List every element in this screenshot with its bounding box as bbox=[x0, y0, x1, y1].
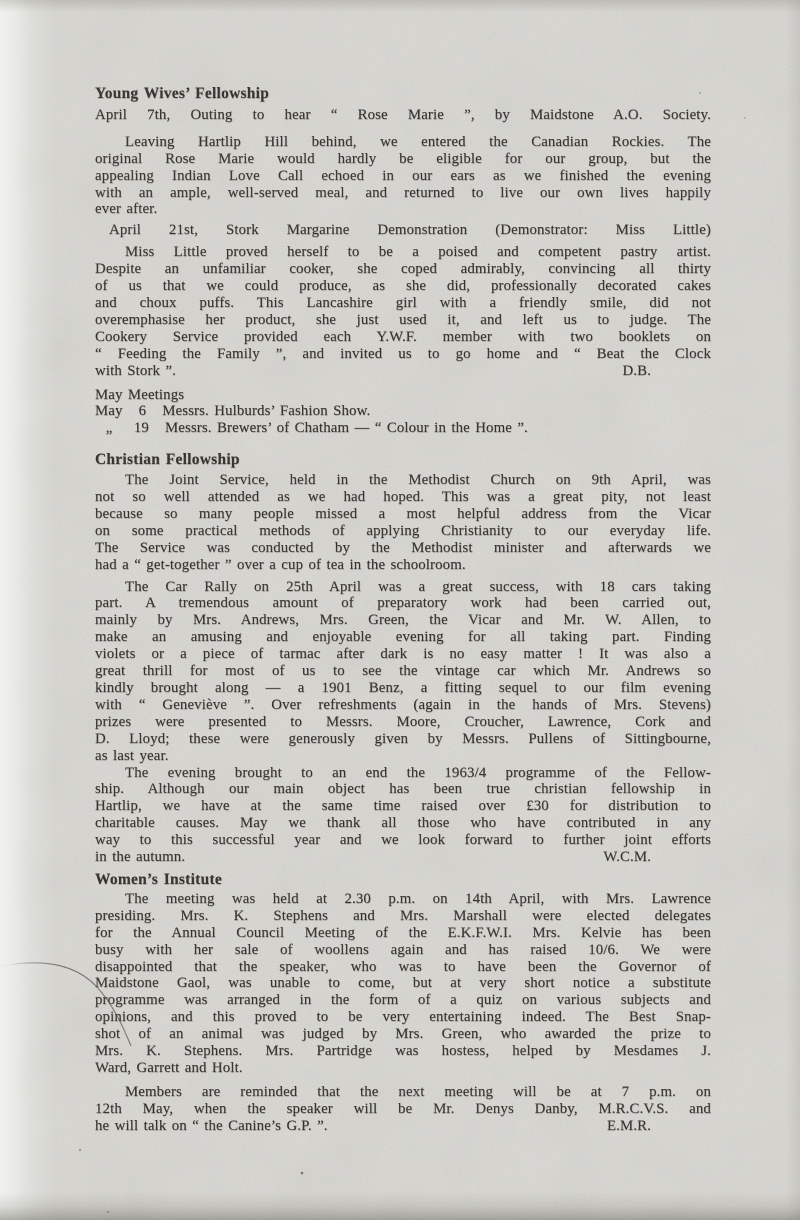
section-heading: Women’s Institute bbox=[95, 872, 711, 889]
text-line: D. Lloyd; these were generously given by… bbox=[95, 731, 711, 748]
text-line: disappointed that the speaker, who was t… bbox=[95, 959, 711, 976]
author-initials: D.B. bbox=[622, 363, 651, 380]
text-line: on some practical methods of applying Ch… bbox=[95, 523, 711, 540]
scan-speck bbox=[744, 117, 746, 119]
scanned-page: Young Wives’ FellowshipApril 7th, Outing… bbox=[0, 0, 800, 1220]
text-line: May 6 Messrs. Hulburds’ Fashion Show. bbox=[95, 403, 711, 420]
text-line: The Joint Service, held in the Methodist… bbox=[95, 472, 711, 489]
page-content: Young Wives’ FellowshipApril 7th, Outing… bbox=[95, 86, 711, 1135]
paragraph: The Car Rally on 25th April was a great … bbox=[95, 579, 711, 765]
text-line: Miss Little proved herself to be a poise… bbox=[95, 244, 711, 261]
text-line: he will talk on “ the Canine’s G.P. ”.E.… bbox=[95, 1118, 711, 1135]
paragraph: Leaving Hartlip Hill behind, we entered … bbox=[95, 134, 711, 219]
text-line: ship. Although our main object has been … bbox=[95, 781, 711, 798]
text-line: presiding. Mrs. K. Stephens and Mrs. Mar… bbox=[95, 908, 711, 925]
meeting-list: May MeetingsMay 6 Messrs. Hulburds’ Fash… bbox=[95, 387, 711, 438]
text-line: and choux puffs. This Lancashire girl wi… bbox=[95, 295, 711, 312]
text-line: great thrill for most of us to see the v… bbox=[95, 663, 711, 680]
text-line: Mrs. K. Stephens. Mrs. Partridge was hos… bbox=[95, 1043, 711, 1060]
text-line: not so well attended as we had hoped. Th… bbox=[95, 489, 711, 506]
text-line: had a “ get-together ” over a cup of tea… bbox=[95, 557, 711, 574]
text-line: Despite an unfamiliar cooker, she coped … bbox=[95, 261, 711, 278]
text-line: mainly by Mrs. Andrews, Mrs. Green, the … bbox=[95, 612, 711, 629]
text-line: for the Annual Council Meeting of the E.… bbox=[95, 925, 711, 942]
text-line: April 7th, Outing to hear “ Rose Marie ”… bbox=[95, 107, 711, 124]
text-line: Members are reminded that the next meeti… bbox=[95, 1084, 711, 1101]
text-line: Hartlip, we have at the same time raised… bbox=[95, 798, 711, 815]
text-line: Maidstone Gaol, was unable to come, but … bbox=[95, 975, 711, 992]
text-line: make an amusing and enjoyable evening fo… bbox=[95, 629, 711, 646]
paragraph: April 21st, Stork Margarine Demonstratio… bbox=[95, 222, 711, 239]
text-line: with Stork ”.D.B. bbox=[95, 363, 711, 380]
text-line: prizes were presented to Messrs. Moore, … bbox=[95, 714, 711, 731]
author-initials: W.C.M. bbox=[603, 849, 651, 866]
text-line: kindly brought along — a 1901 Benz, a fi… bbox=[95, 680, 711, 697]
text-line: ever after. bbox=[95, 201, 711, 218]
section-heading: Christian Fellowship bbox=[95, 452, 711, 469]
text-line: Cookery Service provided each Y.W.F. mem… bbox=[95, 329, 711, 346]
text-line: Leaving Hartlip Hill behind, we entered … bbox=[95, 134, 711, 151]
text-line: shot of an animal was judged by Mrs. Gre… bbox=[95, 1026, 711, 1043]
text-line: appealing Indian Love Call echoed in our… bbox=[95, 168, 711, 185]
page-edge-top-shadow bbox=[0, 0, 800, 12]
text-line: because so many people missed a most hel… bbox=[95, 506, 711, 523]
text-line: with an ample, well-served meal, and ret… bbox=[95, 185, 711, 202]
text-line: as last year. bbox=[95, 748, 711, 765]
text-line: Ward, Garrett and Holt. bbox=[95, 1060, 711, 1077]
text-line: with Stork ”. bbox=[95, 363, 176, 380]
paragraph: Miss Little proved herself to be a poise… bbox=[95, 244, 711, 379]
text-line: The evening brought to an end the 1963/4… bbox=[95, 765, 711, 782]
text-line: way to this successful year and we look … bbox=[95, 832, 711, 849]
section-heading: Young Wives’ Fellowship bbox=[95, 86, 711, 103]
text-line: programme was arranged in the form of a … bbox=[95, 992, 711, 1009]
paragraph: April 7th, Outing to hear “ Rose Marie ”… bbox=[95, 107, 711, 124]
text-line: May Meetings bbox=[95, 387, 711, 404]
page-edge-right-shadow bbox=[786, 0, 800, 1220]
text-line: overemphasise her product, she just used… bbox=[95, 312, 711, 329]
scan-speck bbox=[107, 1211, 109, 1213]
text-line: busy with her sale of woollens again and… bbox=[95, 942, 711, 959]
text-line: The Car Rally on 25th April was a great … bbox=[95, 579, 711, 596]
text-line: in the autumn.W.C.M. bbox=[95, 849, 711, 866]
text-line: with “ Geneviève ”. Over refreshments (a… bbox=[95, 697, 711, 714]
scan-speck bbox=[79, 1149, 81, 1151]
text-line: he will talk on “ the Canine’s G.P. ”. bbox=[95, 1118, 328, 1135]
text-line: original Rose Marie would hardly be elig… bbox=[95, 151, 711, 168]
text-line: opinions, and this proved to be very ent… bbox=[95, 1009, 711, 1026]
text-line: 12th May, when the speaker will be Mr. D… bbox=[95, 1101, 711, 1118]
text-line: violets or a piece of tarmac after dark … bbox=[95, 646, 711, 663]
text-line: of us that we could produce, as she did,… bbox=[95, 278, 711, 295]
scan-speck bbox=[301, 1172, 304, 1175]
paragraph: The evening brought to an end the 1963/4… bbox=[95, 765, 711, 866]
text-line: The meeting was held at 2.30 p.m. on 14t… bbox=[95, 891, 711, 908]
text-line: in the autumn. bbox=[95, 849, 185, 866]
text-line: April 21st, Stork Margarine Demonstratio… bbox=[95, 222, 711, 239]
text-line: „ 19 Messrs. Brewers’ of Chatham — “ Col… bbox=[95, 420, 711, 437]
text-line: part. A tremendous amount of preparatory… bbox=[95, 595, 711, 612]
page-edge-left-highlight bbox=[0, 0, 55, 1220]
text-line: The Service was conducted by the Methodi… bbox=[95, 540, 711, 557]
paragraph: The meeting was held at 2.30 p.m. on 14t… bbox=[95, 891, 711, 1077]
text-line: “ Feeding the Family ”, and invited us t… bbox=[95, 346, 711, 363]
text-line: charitable causes. May we thank all thos… bbox=[95, 815, 711, 832]
page-edge-bottom-shadow bbox=[0, 1192, 800, 1220]
paragraph: The Joint Service, held in the Methodist… bbox=[95, 472, 711, 573]
paragraph: Members are reminded that the next meeti… bbox=[95, 1084, 711, 1135]
author-initials: E.M.R. bbox=[607, 1118, 651, 1135]
